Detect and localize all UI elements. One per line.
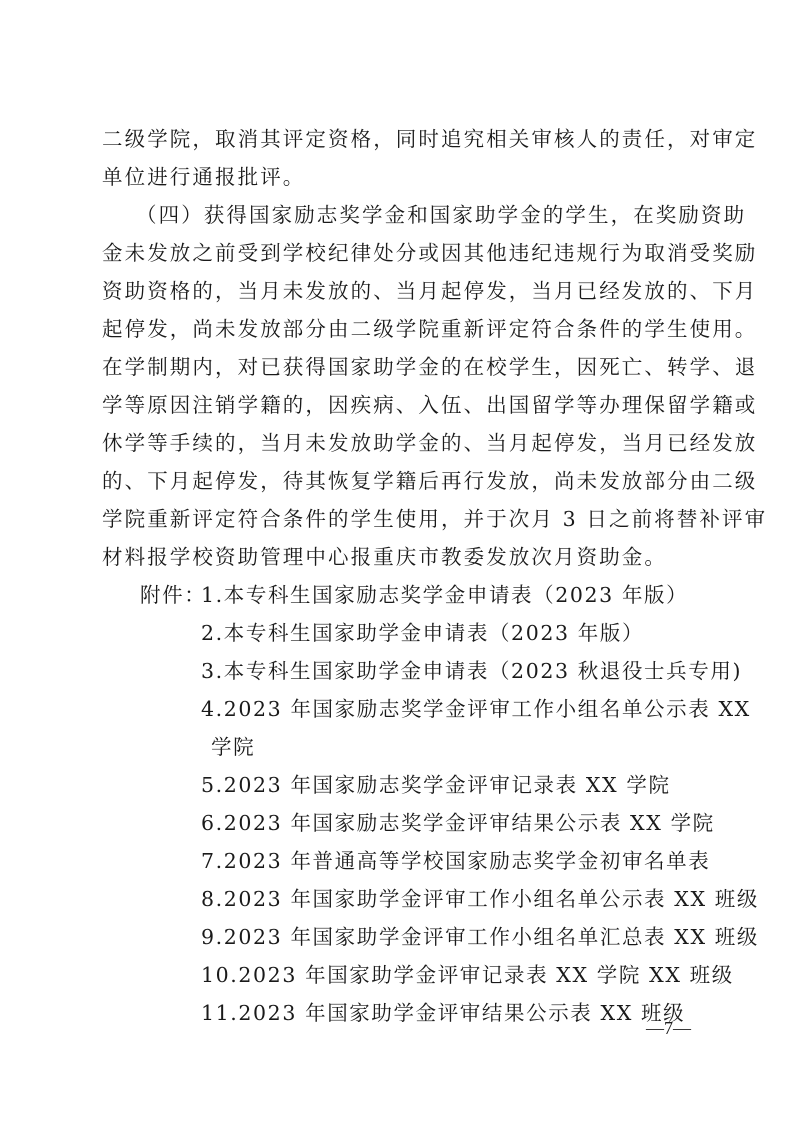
body-line: 学院重新评定符合条件的学生使用，并于次月 3 日之前将替补评审 <box>102 504 722 534</box>
attachment-item: 1.本专科生国家励志奖学金申请表（2023 年版） <box>201 580 793 610</box>
body-line: 休学等手续的，当月未发放助学金的、当月起停发，当月已经发放 <box>102 428 722 458</box>
attachment-item: 9.2023 年国家助学金评审工作小组名单汇总表 XX 班级 <box>201 922 793 952</box>
body-line: 材料报学校资助管理中心报重庆市教委发放次月资助金。 <box>102 542 722 572</box>
attachment-item: 3.本专科生国家助学金申请表（2023 秋退役士兵专用) <box>201 656 793 686</box>
document-page: 二级学院，取消其评定资格，同时追究相关审核人的责任，对审定 单位进行通报批评。 … <box>0 0 793 1122</box>
body-line: 资助资格的，当月未发放的、当月起停发，当月已经发放的、下月 <box>102 276 722 306</box>
attachment-item: 8.2023 年国家助学金评审工作小组名单公示表 XX 班级 <box>201 884 793 914</box>
body-line: 二级学院，取消其评定资格，同时追究相关审核人的责任，对审定 <box>102 124 722 154</box>
body-line: 起停发，尚未发放部分由二级学院重新评定符合条件的学生使用。 <box>102 314 722 344</box>
attachment-item-continuation: 学院 <box>211 732 793 762</box>
body-line: 金未发放之前受到学校纪律处分或因其他违纪违规行为取消受奖励 <box>102 238 722 268</box>
attachment-item: 11.2023 年国家助学金评审结果公示表 XX 班级 <box>201 998 793 1028</box>
attachment-item: 4.2023 年国家励志奖学金评审工作小组名单公示表 XX <box>201 694 793 724</box>
body-line: 的、下月起停发，待其恢复学籍后再行发放，尚未发放部分由二级 <box>102 466 722 496</box>
body-line: 单位进行通报批评。 <box>102 162 722 192</box>
attachment-item: 5.2023 年国家励志奖学金评审记录表 XX 学院 <box>201 770 793 800</box>
attachment-item: 10.2023 年国家助学金评审记录表 XX 学院 XX 班级 <box>201 960 793 990</box>
attachment-item: 6.2023 年国家励志奖学金评审结果公示表 XX 学院 <box>201 808 793 838</box>
attachments-label: 附件： <box>140 580 200 610</box>
attachment-item: 7.2023 年普通高等学校国家励志奖学金初审名单表 <box>201 846 793 876</box>
body-line: （四）获得国家励志奖学金和国家助学金的学生，在奖励资助 <box>136 200 756 230</box>
attachment-item: 2.本专科生国家助学金申请表（2023 年版） <box>201 618 793 648</box>
body-line: 在学制期内，对已获得国家助学金的在校学生，因死亡、转学、退 <box>102 352 722 382</box>
page-number: —7— <box>646 1016 691 1040</box>
body-line: 学等原因注销学籍的，因疾病、入伍、出国留学等办理保留学籍或 <box>102 390 722 420</box>
